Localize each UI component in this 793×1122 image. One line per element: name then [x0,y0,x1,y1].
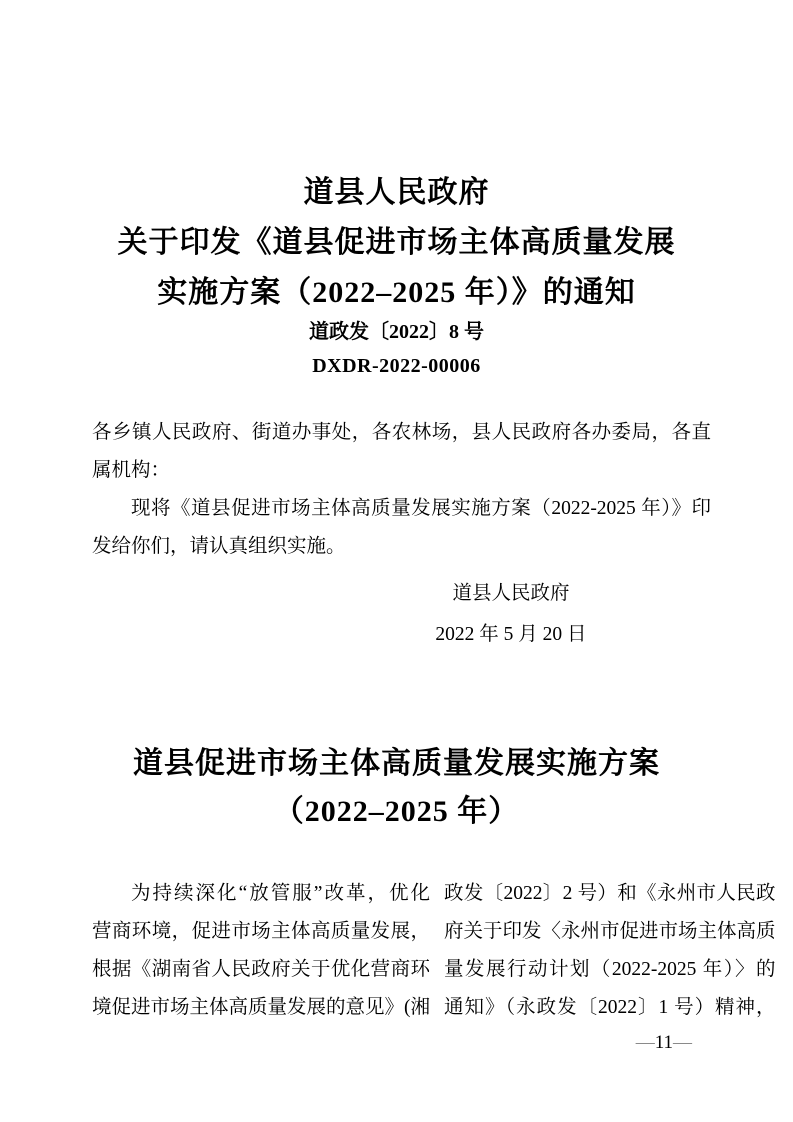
archive-code: DXDR-2022-00006 [0,353,793,379]
notice-title-line-1: 道县人民政府 [0,168,793,218]
page-number: —11— [636,1032,692,1054]
plan-title-line-1: 道县促进市场主体高质量发展实施方案 [0,740,793,788]
column-left: 为持续深化“放管服”改革，优化 营商环境，促进市场主体高质量发展， 根据《湖南省… [92,875,430,1027]
notice-body: 各乡镇人民政府、街道办事处，各农林场，县人民政府各办委局，各直属机构： 现将《道… [92,414,711,566]
plan-title: 道县促进市场主体高质量发展实施方案 （2022–2025 年） [0,740,793,836]
notice-title: 道县人民政府 关于印发《道县促进市场主体高质量发展 实施方案（2022–2025… [0,168,793,318]
signature-issuer: 道县人民政府 [391,573,631,614]
page-number-dash-right: — [673,1032,692,1053]
notice-body-paragraph: 现将《道县促进市场主体高质量发展实施方案（2022-2025 年）》印发给你们，… [92,490,711,566]
document-page: 道县人民政府 关于印发《道县促进市场主体高质量发展 实施方案（2022–2025… [0,0,793,1122]
notice-title-line-3: 实施方案（2022–2025 年）》的通知 [0,268,793,318]
notice-title-line-2: 关于印发《道县促进市场主体高质量发展 [0,218,793,268]
column-right-line-4: 通知》（永政发〔2022〕1 号）精神， [444,989,776,1027]
signature-date: 2022 年 5 月 20 日 [391,614,631,655]
column-right: 政发〔2022〕2 号）和《永州市人民政 府关于印发〈永州市促进市场主体高质 量… [444,875,776,1027]
column-right-line-3: 量发展行动计划（2022-2025 年）〉的 [444,951,776,989]
plan-title-line-2: （2022–2025 年） [0,788,793,836]
column-left-line-2: 营商环境，促进市场主体高质量发展， [92,913,430,951]
column-left-line-1: 为持续深化“放管服”改革，优化 [92,875,430,913]
column-right-line-2: 府关于印发〈永州市促进市场主体高质 [444,913,776,951]
signature-block: 道县人民政府 2022 年 5 月 20 日 [391,573,631,655]
column-left-line-3: 根据《湖南省人民政府关于优化营商环 [92,951,430,989]
salutation: 各乡镇人民政府、街道办事处，各农林场，县人民政府各办委局，各直属机构： [92,414,711,490]
column-left-line-4: 境促进市场主体高质量发展的意见》(湘 [92,989,430,1027]
page-number-value: 11 [655,1032,673,1053]
page-number-dash-left: — [636,1032,655,1053]
column-right-line-1: 政发〔2022〕2 号）和《永州市人民政 [444,875,776,913]
doc-number: 道政发〔2022〕8 号 [0,319,793,345]
two-column-body: 为持续深化“放管服”改革，优化 营商环境，促进市场主体高质量发展， 根据《湖南省… [92,875,710,1027]
